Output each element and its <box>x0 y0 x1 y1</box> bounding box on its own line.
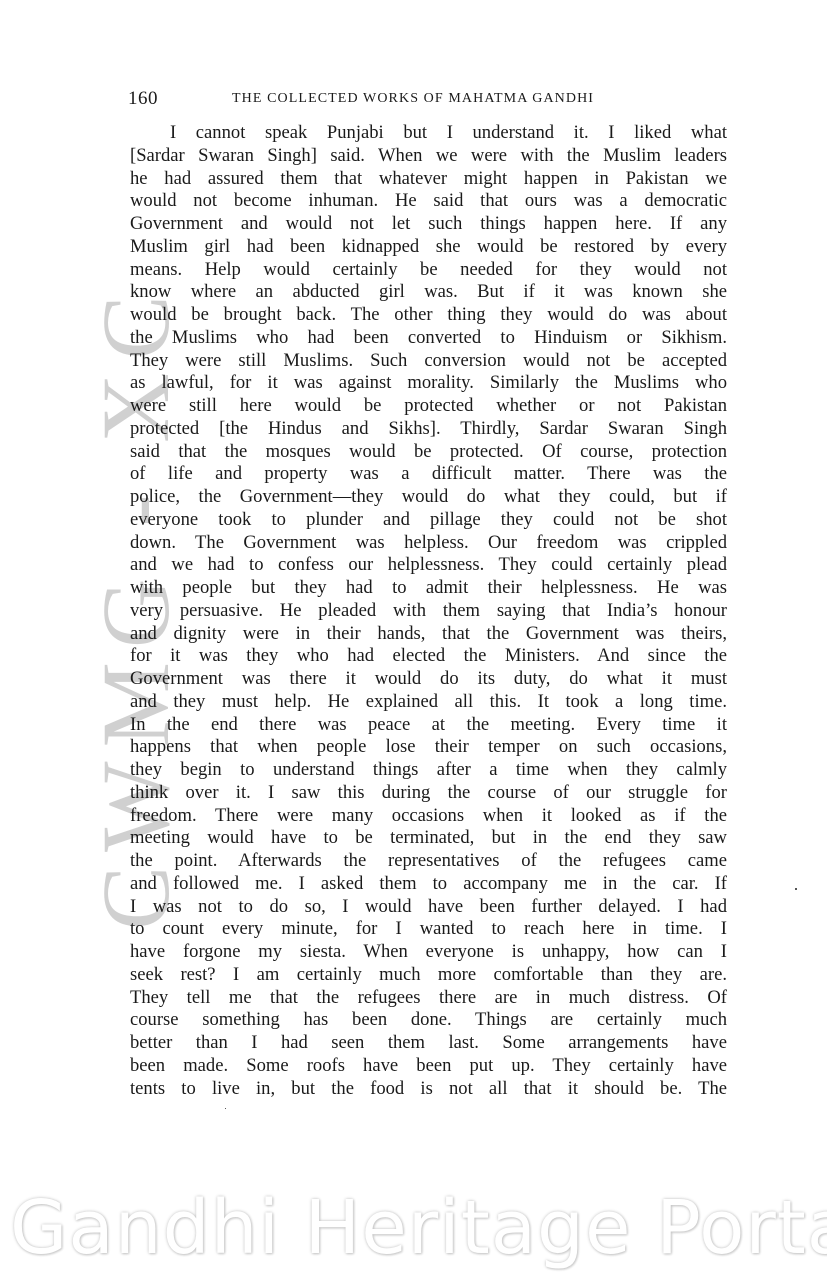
text-line: I cannot speak Punjabi but I understand … <box>130 122 727 145</box>
text-line: and they must help. He explained all thi… <box>130 691 727 714</box>
gandhi-heritage-portal-watermark: Gandhi Heritage Portal <box>10 1185 820 1271</box>
text-line: means. Help would certainly be needed fo… <box>130 259 727 282</box>
text-line: down. The Government was helpless. Our f… <box>130 532 727 555</box>
text-line: for it was they who had elected the Mini… <box>130 645 727 668</box>
text-line: I was not to do so, I would have been fu… <box>130 896 727 919</box>
text-line: course something has been done. Things a… <box>130 1009 727 1032</box>
text-line: would be brought back. The other thing t… <box>130 304 727 327</box>
text-line: [Sardar Swaran Singh] said. When we were… <box>130 145 727 168</box>
text-line: everyone took to plunder and pillage the… <box>130 509 727 532</box>
text-line: and we had to confess our helplessness. … <box>130 554 727 577</box>
text-line: were still here would be protected wheth… <box>130 395 727 418</box>
text-line: very persuasive. He pleaded with them sa… <box>130 600 727 623</box>
scan-speck <box>795 888 797 890</box>
text-line: said that the mosques would be protected… <box>130 441 727 464</box>
running-title: THE COLLECTED WORKS OF MAHATMA GANDHI <box>232 91 594 107</box>
text-line: of life and property was a difficult mat… <box>130 463 727 486</box>
text-line: think over it. I saw this during the cou… <box>130 782 727 805</box>
text-line: the point. Afterwards the representative… <box>130 850 727 873</box>
text-line: with people but they had to admit their … <box>130 577 727 600</box>
text-line: been made. Some roofs have been put up. … <box>130 1055 727 1078</box>
text-line: In the end there was peace at the meetin… <box>130 714 727 737</box>
text-line: to count every minute, for I wanted to r… <box>130 918 727 941</box>
text-line: know where an abducted girl was. But if … <box>130 281 727 304</box>
text-line: as lawful, for it was against morality. … <box>130 372 727 395</box>
text-line: protected [the Hindus and Sikhs]. Thirdl… <box>130 418 727 441</box>
text-line: meeting would have to be terminated, but… <box>130 827 727 850</box>
text-line: Government and would not let such things… <box>130 213 727 236</box>
text-line: happens that when people lose their temp… <box>130 736 727 759</box>
text-line: Government was there it would do its dut… <box>130 668 727 691</box>
text-line: the Muslims who had been converted to Hi… <box>130 327 727 350</box>
text-line: they begin to understand things after a … <box>130 759 727 782</box>
body-text: I cannot speak Punjabi but I understand … <box>130 122 727 1100</box>
text-line: would not become inhuman. He said that o… <box>130 190 727 213</box>
scan-speck <box>225 1108 226 1109</box>
text-line: They were still Muslims. Such conversion… <box>130 350 727 373</box>
page-header: 160 THE COLLECTED WORKS OF MAHATMA GANDH… <box>128 88 728 112</box>
page-number: 160 <box>128 88 158 110</box>
text-line: he had assured them that whatever might … <box>130 168 727 191</box>
text-line: freedom. There were many occasions when … <box>130 805 727 828</box>
text-line: and dignity were in their hands, that th… <box>130 623 727 646</box>
text-line: police, the Government—they would do wha… <box>130 486 727 509</box>
text-line: tents to live in, but the food is not al… <box>130 1078 727 1101</box>
text-line: They tell me that the refugees there are… <box>130 987 727 1010</box>
text-line: have forgone my siesta. When everyone is… <box>130 941 727 964</box>
text-line: seek rest? I am certainly much more comf… <box>130 964 727 987</box>
text-line: better than I had seen them last. Some a… <box>130 1032 727 1055</box>
text-line: Muslim girl had been kidnapped she would… <box>130 236 727 259</box>
text-line: and followed me. I asked them to accompa… <box>130 873 727 896</box>
